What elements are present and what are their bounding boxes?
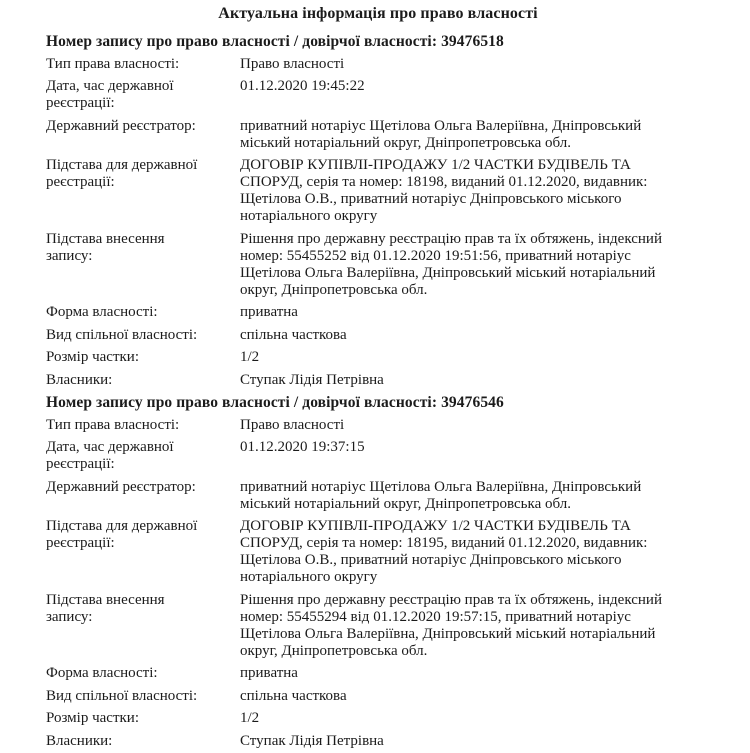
field-label: Тип права власності: [46,56,240,73]
field-value: ДОГОВІР КУПІВЛІ-ПРОДАЖУ 1/2 ЧАСТКИ БУДІВ… [240,518,720,586]
field-value: Право власності [240,56,720,73]
field-label: Підстава внесення запису: [46,231,240,265]
row-state-registrar: Державний реєстратор: приватний нотаріус… [46,479,710,513]
row-registration-basis: Підстава для державної реєстрації: ДОГОВ… [46,157,710,225]
field-value: 1/2 [240,710,720,727]
ownership-info-document: Актуальна інформація про право власності… [0,0,750,753]
row-ownership-type: Тип права власності: Право власності [46,417,710,434]
record-number-header: Номер запису про право власності / довір… [46,33,710,50]
field-value: ДОГОВІР КУПІВЛІ-ПРОДАЖУ 1/2 ЧАСТКИ БУДІВ… [240,157,720,225]
field-label: Підстава внесення запису: [46,592,240,626]
row-owners: Власники: Ступак Лідія Петрівна [46,733,710,750]
ownership-record: Номер запису про право власності / довір… [46,394,710,750]
field-value: приватна [240,304,720,321]
field-label: Вид спільної власності: [46,688,240,705]
row-share-size: Розмір частки: 1/2 [46,710,710,727]
row-registration-basis: Підстава для державної реєстрації: ДОГОВ… [46,518,710,586]
field-value: Рішення про державну реєстрацію прав та … [240,231,720,299]
field-value: спільна часткова [240,688,720,705]
field-value: Рішення про державну реєстрацію прав та … [240,592,720,660]
field-label: Дата, час державної реєстрації: [46,78,240,112]
page-title: Актуальна інформація про право власності [46,5,710,22]
field-label: Форма власності: [46,304,240,321]
field-label: Державний реєстратор: [46,479,240,496]
row-joint-ownership-type: Вид спільної власності: спільна часткова [46,688,710,705]
row-ownership-form: Форма власності: приватна [46,304,710,321]
row-record-entry-basis: Підстава внесення запису: Рішення про де… [46,592,710,660]
field-value: 1/2 [240,349,720,366]
field-label: Підстава для державної реєстрації: [46,157,240,191]
field-value: приватний нотаріус Щетілова Ольга Валері… [240,479,720,513]
field-label: Розмір частки: [46,349,240,366]
row-ownership-type: Тип права власності: Право власності [46,56,710,73]
row-state-registrar: Державний реєстратор: приватний нотаріус… [46,118,710,152]
field-label: Власники: [46,733,240,750]
row-share-size: Розмір частки: 1/2 [46,349,710,366]
field-value: спільна часткова [240,327,720,344]
row-registration-datetime: Дата, час державної реєстрації: 01.12.20… [46,439,710,473]
field-value: 01.12.2020 19:37:15 [240,439,720,456]
field-label: Форма власності: [46,665,240,682]
row-ownership-form: Форма власності: приватна [46,665,710,682]
row-owners: Власники: Ступак Лідія Петрівна [46,372,710,389]
field-label: Розмір частки: [46,710,240,727]
ownership-record: Номер запису про право власності / довір… [46,33,710,389]
row-registration-datetime: Дата, час державної реєстрації: 01.12.20… [46,78,710,112]
field-label: Тип права власності: [46,417,240,434]
row-record-entry-basis: Підстава внесення запису: Рішення про де… [46,231,710,299]
field-label: Підстава для державної реєстрації: [46,518,240,552]
field-label: Дата, час державної реєстрації: [46,439,240,473]
field-label: Вид спільної власності: [46,327,240,344]
field-value: Право власності [240,417,720,434]
field-value: Ступак Лідія Петрівна [240,372,720,389]
record-number-header: Номер запису про право власності / довір… [46,394,710,411]
field-value: Ступак Лідія Петрівна [240,733,720,750]
field-value: приватна [240,665,720,682]
field-label: Власники: [46,372,240,389]
row-joint-ownership-type: Вид спільної власності: спільна часткова [46,327,710,344]
field-value: 01.12.2020 19:45:22 [240,78,720,95]
field-label: Державний реєстратор: [46,118,240,135]
field-value: приватний нотаріус Щетілова Ольга Валері… [240,118,720,152]
